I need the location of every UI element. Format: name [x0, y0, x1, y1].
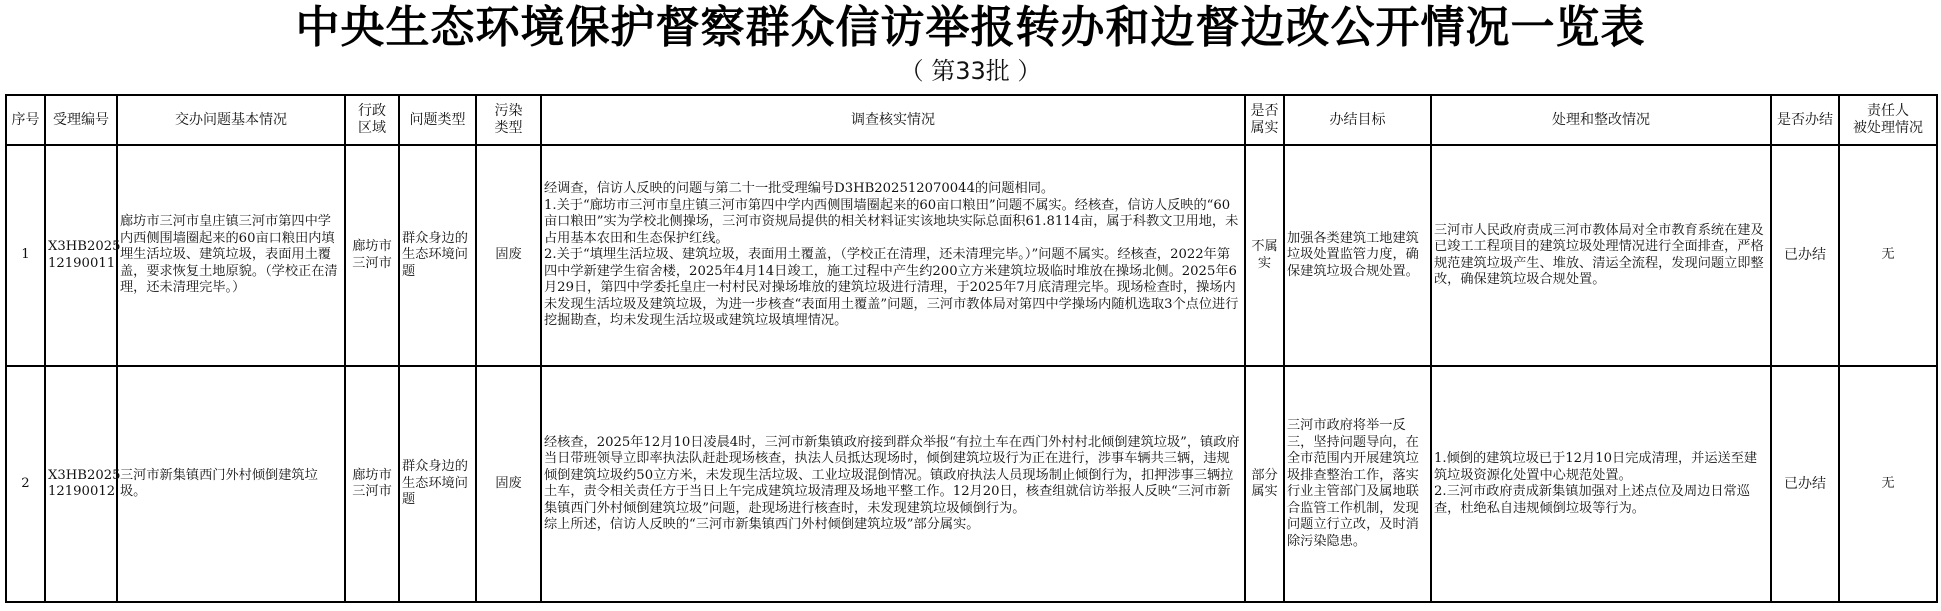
cell-handling: 三河市人民政府责成三河市教体局对全市教育系统在建及已竣工工程项目的建筑垃圾处理情…: [1431, 145, 1771, 366]
cell-issue: 廊坊市三河市皇庄镇三河市第四中学内西侧围墙圈起来的60亩口粮田内填埋生活垃圾、建…: [117, 145, 345, 366]
cell-region: 廊坊市 三河市: [345, 145, 399, 366]
header-row: 序号 受理编号 交办问题基本情况 行政 区域 问题类型 污染 类型 调查核实情况…: [6, 95, 1937, 145]
table-row: 2 X3HB2025 12190012 三河市新集镇西门外村倾倒建筑垃圾。 廊坊…: [6, 366, 1937, 602]
cell-goal: 三河市政府将举一反三，坚持问题导向，在全市范围内开展建筑垃圾排查整治工作，落实行…: [1284, 366, 1431, 602]
header-case-no: 受理编号: [45, 95, 117, 145]
cell-pollution-type: 固废: [476, 145, 541, 366]
header-region: 行政 区域: [345, 95, 399, 145]
cell-issue-type: 群众身边的生态环境问题: [399, 145, 476, 366]
header-accountability: 责任人 被处理情况: [1839, 95, 1937, 145]
cell-verified: 不属 实: [1245, 145, 1284, 366]
cell-verified: 部分 属实: [1245, 366, 1284, 602]
cell-issue: 三河市新集镇西门外村倾倒建筑垃圾。: [117, 366, 345, 602]
cell-case-no: X3HB2025 12190012: [45, 366, 117, 602]
cell-pollution-type: 固废: [476, 366, 541, 602]
header-pollution-type: 污染 类型: [476, 95, 541, 145]
cell-region: 廊坊市 三河市: [345, 366, 399, 602]
cell-case-no: X3HB2025 12190011: [45, 145, 117, 366]
cell-issue-type: 群众身边的生态环境问题: [399, 366, 476, 602]
cell-accountability: 无: [1839, 366, 1937, 602]
cell-closed: 已办结: [1771, 145, 1839, 366]
header-investigation: 调查核实情况: [541, 95, 1245, 145]
cell-investigation: 经核查，2025年12月10日凌晨4时，三河市新集镇政府接到群众举报“有拉土车在…: [541, 366, 1245, 602]
petition-table: 序号 受理编号 交办问题基本情况 行政 区域 问题类型 污染 类型 调查核实情况…: [5, 94, 1938, 603]
header-closed: 是否办结: [1771, 95, 1839, 145]
cell-goal: 加强各类建筑工地建筑垃圾处置监管力度，确保建筑垃圾合规处置。: [1284, 145, 1431, 366]
header-seq: 序号: [6, 95, 45, 145]
cell-accountability: 无: [1839, 145, 1937, 366]
cell-seq: 2: [6, 366, 45, 602]
document-title: 中央生态环境保护督察群众信访举报转办和边督边改公开情况一览表: [0, 2, 1941, 54]
header-issue: 交办问题基本情况: [117, 95, 345, 145]
cell-seq: 1: [6, 145, 45, 366]
batch-subtitle: （ 第33批 ）: [0, 54, 1941, 88]
cell-handling: 1.倾倒的建筑垃圾已于12月10日完成清理，并运送至建筑垃圾资源化处置中心规范处…: [1431, 366, 1771, 602]
header-issue-type: 问题类型: [399, 95, 476, 145]
cell-investigation: 经调查，信访人反映的问题与第二十一批受理编号D3HB202512070044的问…: [541, 145, 1245, 366]
cell-closed: 已办结: [1771, 366, 1839, 602]
header-goal: 办结目标: [1284, 95, 1431, 145]
table-row: 1 X3HB2025 12190011 廊坊市三河市皇庄镇三河市第四中学内西侧围…: [6, 145, 1937, 366]
header-handling: 处理和整改情况: [1431, 95, 1771, 145]
header-verified: 是否 属实: [1245, 95, 1284, 145]
